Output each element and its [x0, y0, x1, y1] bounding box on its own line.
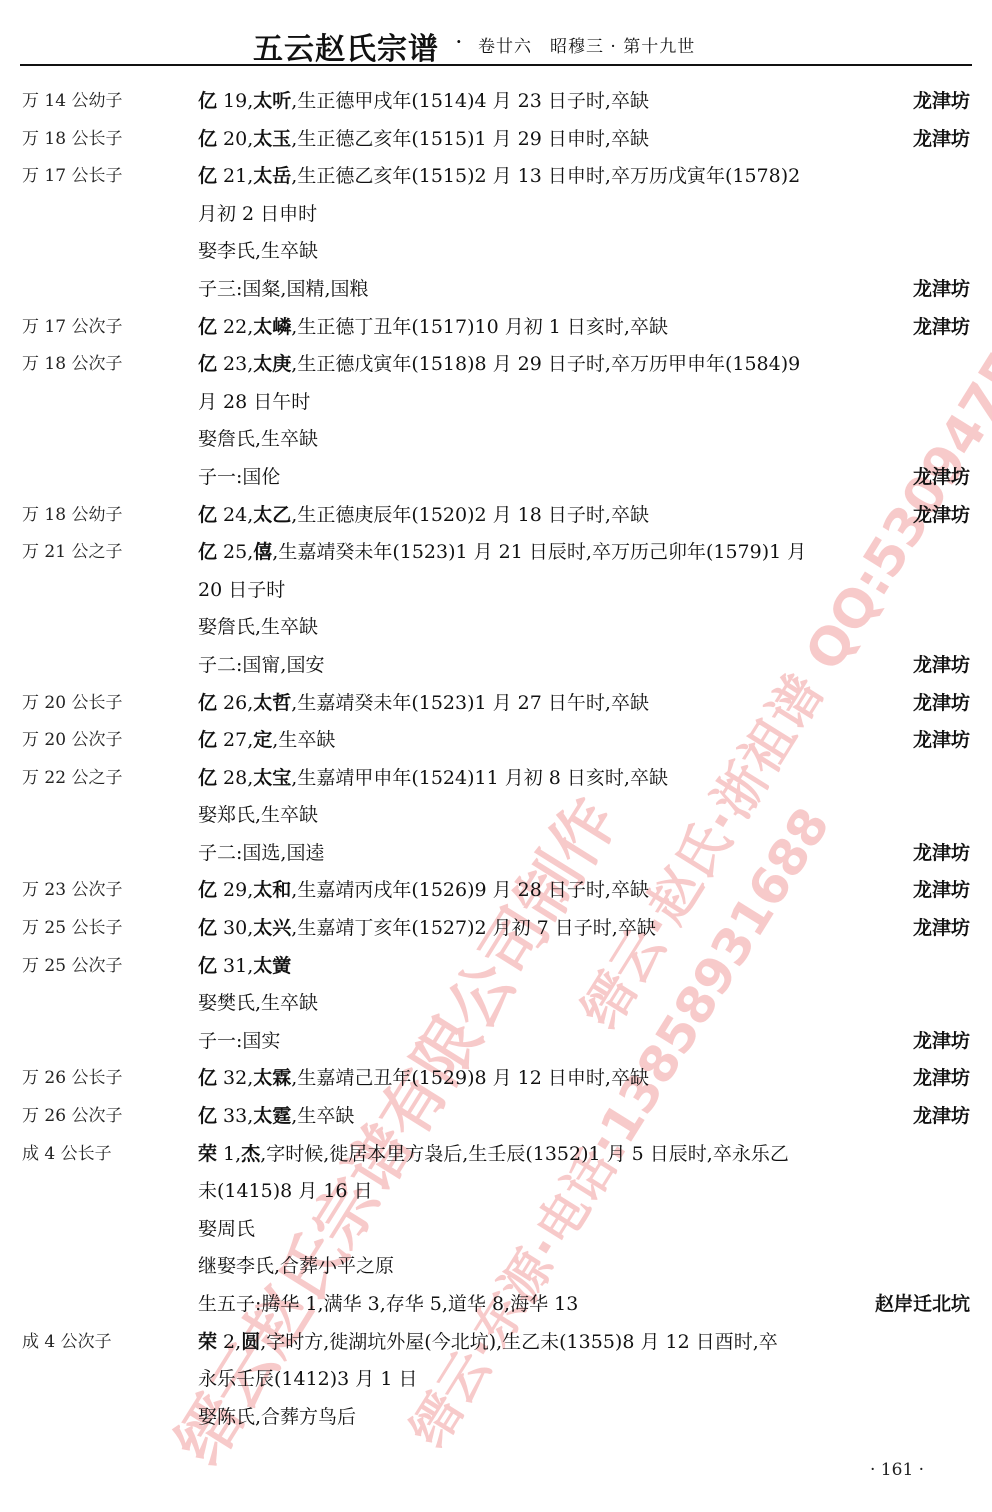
entry-detail: 月 28 日午时	[198, 391, 310, 413]
entry-line: 娶詹氏,生卒缺	[0, 609, 992, 647]
entry-line: 万 17 公长子亿 21,太岳,生正德乙亥年(1515)2 月 13 日申时,卒…	[0, 158, 992, 196]
entry-detail: 娶李氏,生卒缺	[198, 240, 318, 262]
entry-text: 亿 29,太和,生嘉靖丙戌年(1526)9 月 28 日子时,卒缺	[198, 872, 649, 910]
residence-label: 龙津坊	[913, 1023, 970, 1061]
entry-detail: 31,太黉	[217, 955, 291, 977]
lineage-label: 万 18 公长子	[22, 121, 122, 159]
residence-label: 赵岸迁北坑	[875, 1286, 970, 1324]
lineage-label: 万 23 公次子	[22, 872, 122, 910]
entry-line: 子三:国粲,国精,国粮龙津坊	[0, 271, 992, 309]
entry-detail: 33,太霆,生卒缺	[217, 1105, 354, 1127]
entry-line: 娶郑氏,生卒缺	[0, 797, 992, 835]
entry-text: 荣 1,杰,字时候,徙居本里方袅后,生壬辰(1352)1 月 5 日辰时,卒永乐…	[198, 1136, 789, 1174]
entry-text: 未(1415)8 月 16 日	[198, 1173, 373, 1211]
entry-line: 生五子:腾华 1,满华 3,存华 5,道华 8,海华 13赵岸迁北坑	[0, 1286, 992, 1324]
volume-subtitle: 卷廿六 昭穆三 · 第十九世	[478, 32, 695, 57]
page-number: · 161 ·	[870, 1460, 924, 1480]
lineage-label: 万 14 公幼子	[22, 83, 122, 121]
lineage-label: 万 17 公次子	[22, 309, 122, 347]
lineage-label: 万 21 公之子	[22, 534, 122, 572]
entry-detail: 娶陈氏,合葬方鸟后	[198, 1406, 356, 1428]
entry-text: 亿 33,太霆,生卒缺	[198, 1098, 354, 1136]
entry-detail: 32,太霖,生嘉靖己丑年(1529)8 月 12 日申时,卒缺	[217, 1067, 649, 1089]
entry-text: 娶樊氏,生卒缺	[198, 985, 318, 1023]
generation-prefix: 亿	[198, 90, 217, 112]
entry-text: 荣 2,圆,字时方,徙湖坑外屋(今北坑),生乙未(1355)8 月 12 日酉时…	[198, 1324, 778, 1362]
entry-detail: 26,太哲,生嘉靖癸未年(1523)1 月 27 日午时,卒缺	[217, 692, 649, 714]
entry-text: 亿 24,太乙,生正德庚辰年(1520)2 月 18 日子时,卒缺	[198, 497, 649, 535]
entry-text: 永乐壬辰(1412)3 月 1 日	[198, 1361, 417, 1399]
person-name: 太兴	[253, 917, 291, 939]
entry-detail: 子一:国伦	[198, 466, 280, 488]
entry-text: 亿 22,太嶙,生正德丁丑年(1517)10 月初 1 日亥时,卒缺	[198, 309, 668, 347]
entry-detail: 月初 2 日申时	[198, 203, 317, 225]
entry-line: 万 18 公长子亿 20,太玉,生正德乙亥年(1515)1 月 29 日申时,卒…	[0, 121, 992, 159]
entry-line: 子一:国实龙津坊	[0, 1023, 992, 1061]
lineage-label: 万 20 公长子	[22, 685, 122, 723]
entry-text: 亿 21,太岳,生正德乙亥年(1515)2 月 13 日申时,卒万历戊寅年(15…	[198, 158, 800, 196]
entry-detail: 娶詹氏,生卒缺	[198, 616, 318, 638]
entry-line: 未(1415)8 月 16 日	[0, 1173, 992, 1211]
residence-label: 龙津坊	[913, 1060, 970, 1098]
person-name: 太嶙	[253, 316, 291, 338]
entry-detail: 娶詹氏,生卒缺	[198, 428, 318, 450]
generation-prefix: 亿	[198, 504, 217, 526]
person-name: 杰	[241, 1143, 260, 1165]
entry-line: 月初 2 日申时	[0, 196, 992, 234]
person-name: 太霖	[253, 1067, 291, 1089]
entry-line: 子二:国选,国逵龙津坊	[0, 835, 992, 873]
entry-text: 亿 19,太听,生正德甲戌年(1514)4 月 23 日子时,卒缺	[198, 83, 649, 121]
entry-text: 亿 30,太兴,生嘉靖丁亥年(1527)2 月初 7 日子时,卒缺	[198, 910, 656, 948]
entry-detail: 21,太岳,生正德乙亥年(1515)2 月 13 日申时,卒万历戊寅年(1578…	[217, 165, 800, 187]
entry-detail: 29,太和,生嘉靖丙戌年(1526)9 月 28 日子时,卒缺	[217, 879, 649, 901]
entry-line: 万 26 公长子亿 32,太霖,生嘉靖己丑年(1529)8 月 12 日申时,卒…	[0, 1060, 992, 1098]
person-name: 太霆	[253, 1105, 291, 1127]
entry-line: 娶詹氏,生卒缺	[0, 421, 992, 459]
residence-label: 龙津坊	[913, 121, 970, 159]
entry-detail: 娶周氏	[198, 1218, 255, 1240]
generation-prefix: 亿	[198, 917, 217, 939]
person-name: 太乙	[253, 504, 291, 526]
person-name: 定	[253, 729, 272, 751]
entry-text: 子一:国伦	[198, 459, 280, 497]
person-name: 圆	[241, 1331, 260, 1353]
lineage-label: 万 22 公之子	[22, 760, 122, 798]
lineage-label: 成 4 公长子	[22, 1136, 112, 1174]
generation-prefix: 荣	[198, 1143, 217, 1165]
lineage-label: 万 25 公次子	[22, 948, 122, 986]
entry-detail: 子一:国实	[198, 1030, 280, 1052]
entry-detail: 1,杰,字时候,徙居本里方袅后,生壬辰(1352)1 月 5 日辰时,卒永乐乙	[217, 1143, 789, 1165]
generation-prefix: 亿	[198, 729, 217, 751]
generation-prefix: 亿	[198, 879, 217, 901]
entry-text: 继娶李氏,合葬小平之原	[198, 1248, 394, 1286]
entry-line: 万 22 公之子亿 28,太宝,生嘉靖甲申年(1524)11 月初 8 日亥时,…	[0, 760, 992, 798]
entry-line: 20 日子时	[0, 572, 992, 610]
generation-prefix: 亿	[198, 955, 217, 977]
lineage-label: 万 20 公次子	[22, 722, 122, 760]
entry-text: 娶詹氏,生卒缺	[198, 421, 318, 459]
entry-detail: 20,太玉,生正德乙亥年(1515)1 月 29 日申时,卒缺	[217, 128, 649, 150]
residence-label: 龙津坊	[913, 83, 970, 121]
generation-prefix: 亿	[198, 353, 217, 375]
entry-text: 娶詹氏,生卒缺	[198, 609, 318, 647]
residence-label: 龙津坊	[913, 872, 970, 910]
entry-line: 万 14 公幼子亿 19,太听,生正德甲戌年(1514)4 月 23 日子时,卒…	[0, 83, 992, 121]
residence-label: 龙津坊	[913, 835, 970, 873]
entry-detail: 娶郑氏,生卒缺	[198, 804, 318, 826]
header-rule	[20, 64, 972, 66]
entry-detail: 永乐壬辰(1412)3 月 1 日	[198, 1368, 417, 1390]
entry-line: 万 25 公次子亿 31,太黉	[0, 948, 992, 986]
entry-text: 月 28 日午时	[198, 384, 310, 422]
person-name: 太黉	[253, 955, 291, 977]
entry-line: 万 20 公次子亿 27,定,生卒缺龙津坊	[0, 722, 992, 760]
entry-line: 继娶李氏,合葬小平之原	[0, 1248, 992, 1286]
entry-text: 生五子:腾华 1,满华 3,存华 5,道华 8,海华 13	[198, 1286, 578, 1324]
residence-label: 龙津坊	[913, 271, 970, 309]
entry-line: 万 21 公之子亿 25,僖,生嘉靖癸未年(1523)1 月 21 日辰时,卒万…	[0, 534, 992, 572]
residence-label: 龙津坊	[913, 722, 970, 760]
entry-text: 亿 27,定,生卒缺	[198, 722, 335, 760]
entry-line: 万 18 公幼子亿 24,太乙,生正德庚辰年(1520)2 月 18 日子时,卒…	[0, 497, 992, 535]
generation-prefix: 亿	[198, 316, 217, 338]
entry-detail: 2,圆,字时方,徙湖坑外屋(今北坑),生乙未(1355)8 月 12 日酉时,卒	[217, 1331, 778, 1353]
entry-text: 月初 2 日申时	[198, 196, 317, 234]
entry-detail: 子三:国粲,国精,国粮	[198, 278, 368, 300]
entry-text: 子三:国粲,国精,国粮	[198, 271, 368, 309]
entry-line: 子一:国伦龙津坊	[0, 459, 992, 497]
entry-line: 万 20 公长子亿 26,太哲,生嘉靖癸未年(1523)1 月 27 日午时,卒…	[0, 685, 992, 723]
person-name: 太和	[253, 879, 291, 901]
entry-text: 亿 26,太哲,生嘉靖癸未年(1523)1 月 27 日午时,卒缺	[198, 685, 649, 723]
entry-detail: 子二:国选,国逵	[198, 842, 324, 864]
generation-prefix: 亿	[198, 767, 217, 789]
entry-detail: 继娶李氏,合葬小平之原	[198, 1255, 394, 1277]
entry-detail: 22,太嶙,生正德丁丑年(1517)10 月初 1 日亥时,卒缺	[217, 316, 668, 338]
entry-detail: 子二:国甯,国安	[198, 654, 324, 676]
entry-line: 万 17 公次子亿 22,太嶙,生正德丁丑年(1517)10 月初 1 日亥时,…	[0, 309, 992, 347]
title-separator: ·	[456, 32, 462, 51]
entry-detail: 19,太听,生正德甲戌年(1514)4 月 23 日子时,卒缺	[217, 90, 649, 112]
entry-text: 亿 20,太玉,生正德乙亥年(1515)1 月 29 日申时,卒缺	[198, 121, 649, 159]
entry-text: 娶周氏	[198, 1211, 255, 1249]
entry-detail: 娶樊氏,生卒缺	[198, 992, 318, 1014]
entry-text: 子二:国甯,国安	[198, 647, 324, 685]
entry-text: 子二:国选,国逵	[198, 835, 324, 873]
entry-detail: 27,定,生卒缺	[217, 729, 335, 751]
entry-detail: 23,太庚,生正德戊寅年(1518)8 月 29 日子时,卒万历甲申年(1584…	[217, 353, 800, 375]
book-title: 五云赵氏宗谱	[253, 24, 439, 68]
entry-detail: 24,太乙,生正德庚辰年(1520)2 月 18 日子时,卒缺	[217, 504, 649, 526]
entry-line: 万 26 公次子亿 33,太霆,生卒缺龙津坊	[0, 1098, 992, 1136]
entry-text: 亿 32,太霖,生嘉靖己丑年(1529)8 月 12 日申时,卒缺	[198, 1060, 649, 1098]
lineage-label: 万 17 公长子	[22, 158, 122, 196]
lineage-label: 万 18 公次子	[22, 346, 122, 384]
entry-detail: 28,太宝,生嘉靖甲申年(1524)11 月初 8 日亥时,卒缺	[217, 767, 668, 789]
entry-line: 成 4 公长子荣 1,杰,字时候,徙居本里方袅后,生壬辰(1352)1 月 5 …	[0, 1136, 992, 1174]
residence-label: 龙津坊	[913, 497, 970, 535]
entry-line: 万 23 公次子亿 29,太和,生嘉靖丙戌年(1526)9 月 28 日子时,卒…	[0, 872, 992, 910]
entry-text: 娶郑氏,生卒缺	[198, 797, 318, 835]
entry-detail: 未(1415)8 月 16 日	[198, 1180, 373, 1202]
generation-prefix: 亿	[198, 692, 217, 714]
person-name: 太玉	[253, 128, 291, 150]
residence-label: 龙津坊	[913, 910, 970, 948]
entry-line: 万 18 公次子亿 23,太庚,生正德戊寅年(1518)8 月 29 日子时,卒…	[0, 346, 992, 384]
generation-prefix: 亿	[198, 1105, 217, 1127]
lineage-label: 万 18 公幼子	[22, 497, 122, 535]
residence-label: 龙津坊	[913, 685, 970, 723]
entry-line: 成 4 公次子荣 2,圆,字时方,徙湖坑外屋(今北坑),生乙未(1355)8 月…	[0, 1324, 992, 1362]
entry-text: 亿 28,太宝,生嘉靖甲申年(1524)11 月初 8 日亥时,卒缺	[198, 760, 668, 798]
person-name: 太庚	[253, 353, 291, 375]
lineage-label: 万 26 公次子	[22, 1098, 122, 1136]
person-name: 太宝	[253, 767, 291, 789]
entry-line: 万 25 公长子亿 30,太兴,生嘉靖丁亥年(1527)2 月初 7 日子时,卒…	[0, 910, 992, 948]
entry-detail: 30,太兴,生嘉靖丁亥年(1527)2 月初 7 日子时,卒缺	[217, 917, 656, 939]
generation-prefix: 亿	[198, 1067, 217, 1089]
entry-line: 永乐壬辰(1412)3 月 1 日	[0, 1361, 992, 1399]
person-name: 太哲	[253, 692, 291, 714]
entry-line: 子二:国甯,国安龙津坊	[0, 647, 992, 685]
entry-detail: 20 日子时	[198, 579, 285, 601]
residence-label: 龙津坊	[913, 647, 970, 685]
entry-line: 月 28 日午时	[0, 384, 992, 422]
entry-text: 子一:国实	[198, 1023, 280, 1061]
entry-text: 亿 23,太庚,生正德戊寅年(1518)8 月 29 日子时,卒万历甲申年(15…	[198, 346, 800, 384]
entry-text: 20 日子时	[198, 572, 285, 610]
residence-label: 龙津坊	[913, 459, 970, 497]
entry-text: 娶陈氏,合葬方鸟后	[198, 1399, 356, 1437]
generation-prefix: 荣	[198, 1331, 217, 1353]
residence-label: 龙津坊	[913, 1098, 970, 1136]
lineage-label: 万 25 公长子	[22, 910, 122, 948]
entry-line: 娶周氏	[0, 1211, 992, 1249]
entry-detail: 25,僖,生嘉靖癸未年(1523)1 月 21 日辰时,卒万历己卯年(1579)…	[217, 541, 806, 563]
entry-detail: 生五子:腾华 1,满华 3,存华 5,道华 8,海华 13	[198, 1293, 578, 1315]
entry-line: 娶李氏,生卒缺	[0, 233, 992, 271]
generation-prefix: 亿	[198, 128, 217, 150]
residence-label: 龙津坊	[913, 309, 970, 347]
lineage-label: 万 26 公长子	[22, 1060, 122, 1098]
generation-prefix: 亿	[198, 541, 217, 563]
lineage-label: 成 4 公次子	[22, 1324, 112, 1362]
page-header: 五云赵氏宗谱 · 卷廿六 昭穆三 · 第十九世	[0, 18, 992, 64]
entry-text: 亿 31,太黉	[198, 948, 291, 986]
person-name: 僖	[253, 541, 272, 563]
entry-text: 亿 25,僖,生嘉靖癸未年(1523)1 月 21 日辰时,卒万历己卯年(157…	[198, 534, 806, 572]
entry-line: 娶陈氏,合葬方鸟后	[0, 1399, 992, 1437]
person-name: 太岳	[253, 165, 291, 187]
entry-line: 娶樊氏,生卒缺	[0, 985, 992, 1023]
entry-text: 娶李氏,生卒缺	[198, 233, 318, 271]
person-name: 太听	[253, 90, 291, 112]
genealogy-entries: 万 14 公幼子亿 19,太听,生正德甲戌年(1514)4 月 23 日子时,卒…	[0, 83, 992, 1436]
generation-prefix: 亿	[198, 165, 217, 187]
